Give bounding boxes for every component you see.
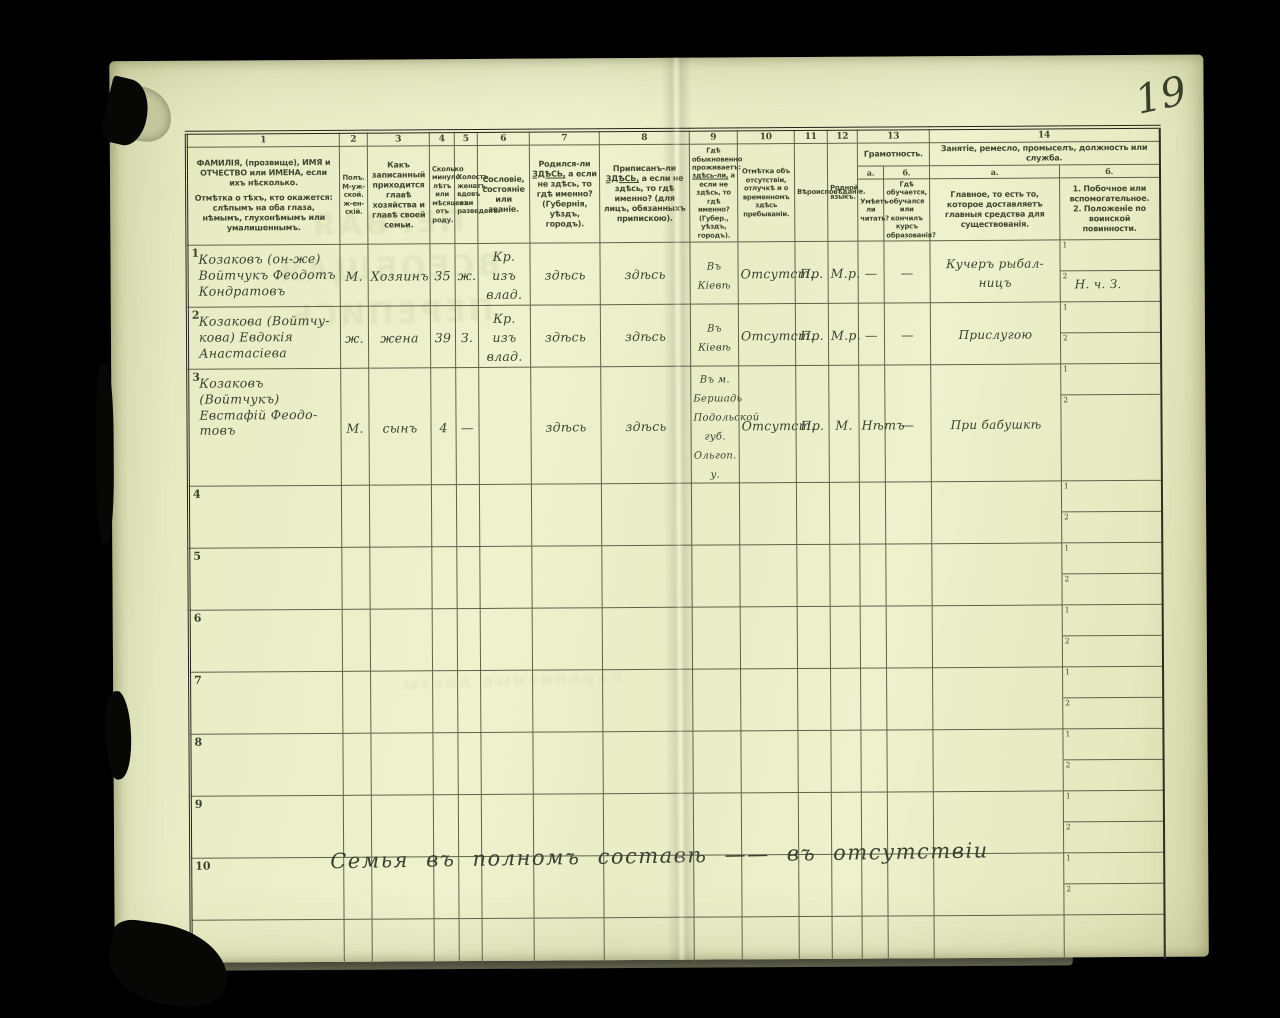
cell-side-occupation [1061, 364, 1160, 371]
header-estate: Сословіе, состояніе или званіе. [477, 145, 530, 244]
sub-label-1: 1 [1064, 482, 1069, 491]
header-language: Родной языкъ. [827, 143, 858, 242]
sub-label-1: 1 [1063, 303, 1068, 312]
cell-birthplace: здѣсь [545, 330, 586, 345]
cell-religion: Пр. [800, 328, 824, 343]
cell-military-status [1061, 395, 1160, 402]
column-number: 1 [186, 132, 339, 147]
header-occupation-a: а. [929, 165, 1059, 179]
header-name: ФАМИЛІЯ, (прозвище), ИМЯ и ОТЧЕСТВО или … [186, 146, 340, 245]
row-number: 5 [193, 550, 201, 563]
cell-residence: Въ Кіевѣ [698, 261, 731, 291]
header-age: Сколько минуло лѣтъ или мѣсяцевъ отъ род… [429, 146, 455, 245]
sub-label-1: 1 [1066, 854, 1071, 863]
cell-marital: — [461, 420, 474, 435]
sub-label-2: 2 [1065, 699, 1070, 708]
column-number: 13 [857, 128, 929, 143]
sub-label-2: 2 [1065, 637, 1070, 646]
cell-language: М.р. [831, 328, 861, 343]
cell-estate: Кр. изъ влад. [486, 249, 522, 302]
sub-label-2: 2 [1063, 396, 1068, 405]
column-number: 14 [929, 127, 1159, 143]
header-literacy: Грамотность. [857, 143, 929, 166]
cell-name: Козаковъ (Войтчукъ) Евстафій Феодо- товъ [199, 375, 338, 438]
cell-can-read: — [865, 328, 878, 343]
cell-estate: Кр. изъ влад. [487, 311, 523, 364]
cell-main-occupation: Прислугою [959, 328, 1033, 342]
cell-can-read: — [865, 266, 878, 281]
sub-label-2: 2 [1063, 272, 1068, 281]
sub-label-1: 1 [1065, 606, 1070, 615]
header-literacy-a: а. [857, 166, 883, 179]
fold-crease [661, 58, 697, 960]
cell-relation: жена [380, 331, 419, 346]
sub-label-1: 1 [1065, 730, 1070, 739]
row-number: 8 [194, 736, 202, 749]
header-marital: Холостъ, женатъ, вдовъ или разведенъ. [454, 145, 478, 244]
sub-label-1: 1 [1064, 544, 1069, 553]
header-occupation-b: б. [1059, 164, 1159, 178]
torn-fragment [95, 363, 114, 543]
header-registration-here: ЗДѢСЬ, [606, 174, 639, 183]
cell-sex: М. [345, 269, 362, 284]
row-number: 1 [191, 247, 199, 260]
column-number: 5 [454, 131, 477, 146]
header-side-occupation: 1. Побочное или вспомогательное. 2. Поло… [1060, 177, 1160, 240]
row-number: 4 [193, 488, 201, 501]
cell-sex: ж. [345, 331, 364, 346]
cell-marital: ж. [458, 268, 477, 283]
column-number: 4 [429, 131, 454, 146]
header-residence: Гдѣ обыкновенно проживаетъ: здѣсь-ли, а … [689, 144, 738, 243]
cell-name: Козаковъ (он-же) Войтчукъ Феодотъ Кондра… [198, 251, 337, 299]
column-number: 2 [339, 132, 367, 147]
cell-registration: здѣсь [625, 267, 666, 282]
cell-language: М.р. [831, 266, 861, 281]
sub-label-2: 2 [1064, 575, 1069, 584]
cell-name: Козакова (Войтчу- кова) Евдокія Анастасі… [199, 313, 338, 361]
header-birthplace-text: Родился-ли [538, 159, 590, 168]
cell-registration: здѣсь [625, 329, 666, 344]
column-number: 12 [827, 129, 857, 144]
cell-main-occupation: При бабушкѣ [951, 417, 1042, 432]
cell-education: — [901, 266, 914, 281]
cell-relation: Хозяинъ [371, 269, 429, 284]
sub-label-2: 2 [1063, 334, 1068, 343]
cell-language: М. [835, 418, 852, 433]
cell-age: 39 [435, 331, 452, 346]
header-sex: Полъ. М-уж- ской. ж-ен- скій. [339, 146, 368, 245]
header-residence-text: Гдѣ обыкновенно проживаетъ: [692, 147, 742, 172]
cell-religion: Пр. [800, 266, 824, 281]
cell-military-status: Н. ч. З. [1061, 271, 1160, 293]
cell-military-status [1061, 333, 1160, 340]
census-sheet: ПЕРВАЯ ВСЕОБЩАЯ ПЕРЕПИСЬ переписные лист… [0, 0, 1280, 1018]
sub-label-2: 2 [1066, 885, 1071, 894]
sub-label-1: 1 [1065, 668, 1070, 677]
cell-sex: М. [346, 421, 363, 436]
header-name-remark: Отмѣтка о тѣхъ, кто окажется: слѣпымъ на… [194, 193, 333, 234]
sub-label-2: 2 [1064, 513, 1069, 522]
sub-label-1: 1 [1063, 365, 1068, 374]
column-number: 10 [737, 129, 794, 144]
header-occupation: Занятіе, ремесло, промыселъ, должность и… [929, 141, 1159, 165]
header-residence-here: здѣсь-ли, [692, 172, 728, 180]
column-number: 11 [794, 129, 827, 144]
row-number: 3 [192, 371, 200, 384]
column-number: 3 [367, 131, 429, 146]
column-number: 7 [529, 130, 599, 145]
header-literacy-b: б. [883, 166, 929, 179]
cell-relation: сынъ [383, 420, 418, 435]
row-number: 2 [192, 309, 200, 322]
cell-education: — [902, 417, 915, 432]
header-religion: Вѣроисповѣданіе. [794, 143, 828, 242]
column-number: 9 [689, 129, 737, 144]
cell-marital: З. [461, 330, 473, 345]
cell-birthplace: здѣсь [545, 419, 586, 434]
sub-label-2: 2 [1066, 761, 1071, 770]
header-residence-text2: а если не здѣсь, то гдѣ именно? (Губер.,… [696, 172, 735, 240]
row-number: 7 [194, 674, 202, 687]
cell-residence: Въ Кіевѣ [698, 323, 731, 353]
cell-age: 35 [434, 269, 451, 284]
cell-religion: Пр. [801, 418, 825, 433]
row-number: 6 [194, 612, 202, 625]
column-number: 6 [477, 131, 529, 146]
cell-side-occupation [1061, 302, 1160, 309]
cell-education: — [901, 328, 914, 343]
sub-label-1: 1 [1066, 792, 1071, 801]
row-number: 9 [195, 798, 203, 811]
header-name-title: ФАМИЛІЯ, (прозвище), ИМЯ и ОТЧЕСТВО или … [194, 158, 333, 189]
row-number: 10 [195, 860, 210, 873]
sub-label-1: 1 [1062, 241, 1067, 250]
cell-age: 4 [439, 420, 447, 435]
header-birthplace: Родился-ли ЗДѢСЬ, а если не здѣсь, то гд… [529, 145, 600, 244]
cell-main-occupation: Кучеръ рыбал- ницъ [946, 256, 1044, 289]
cell-registration: здѣсь [625, 419, 666, 434]
sub-label-2: 2 [1066, 823, 1071, 832]
header-relation: Какъ записанный приходится главѣ хозяйст… [367, 146, 430, 245]
header-education: Гдѣ обучается, обучался или кончилъ курс… [884, 179, 930, 242]
census-scan: ПЕРВАЯ ВСЕОБЩАЯ ПЕРЕПИСЬ переписные лист… [0, 0, 1280, 1018]
header-absence: Отмѣтка объ отсутствіи, отлучкѣ и о врем… [737, 144, 795, 243]
header-main-occupation: Главное, то есть то, которое доставляетъ… [930, 178, 1060, 241]
cell-can-read: Нѣтъ [862, 417, 905, 432]
header-birthplace-here: ЗДѢСЬ, [532, 169, 565, 178]
cell-side-occupation [1060, 240, 1159, 247]
cell-birthplace: здѣсь [545, 268, 586, 283]
